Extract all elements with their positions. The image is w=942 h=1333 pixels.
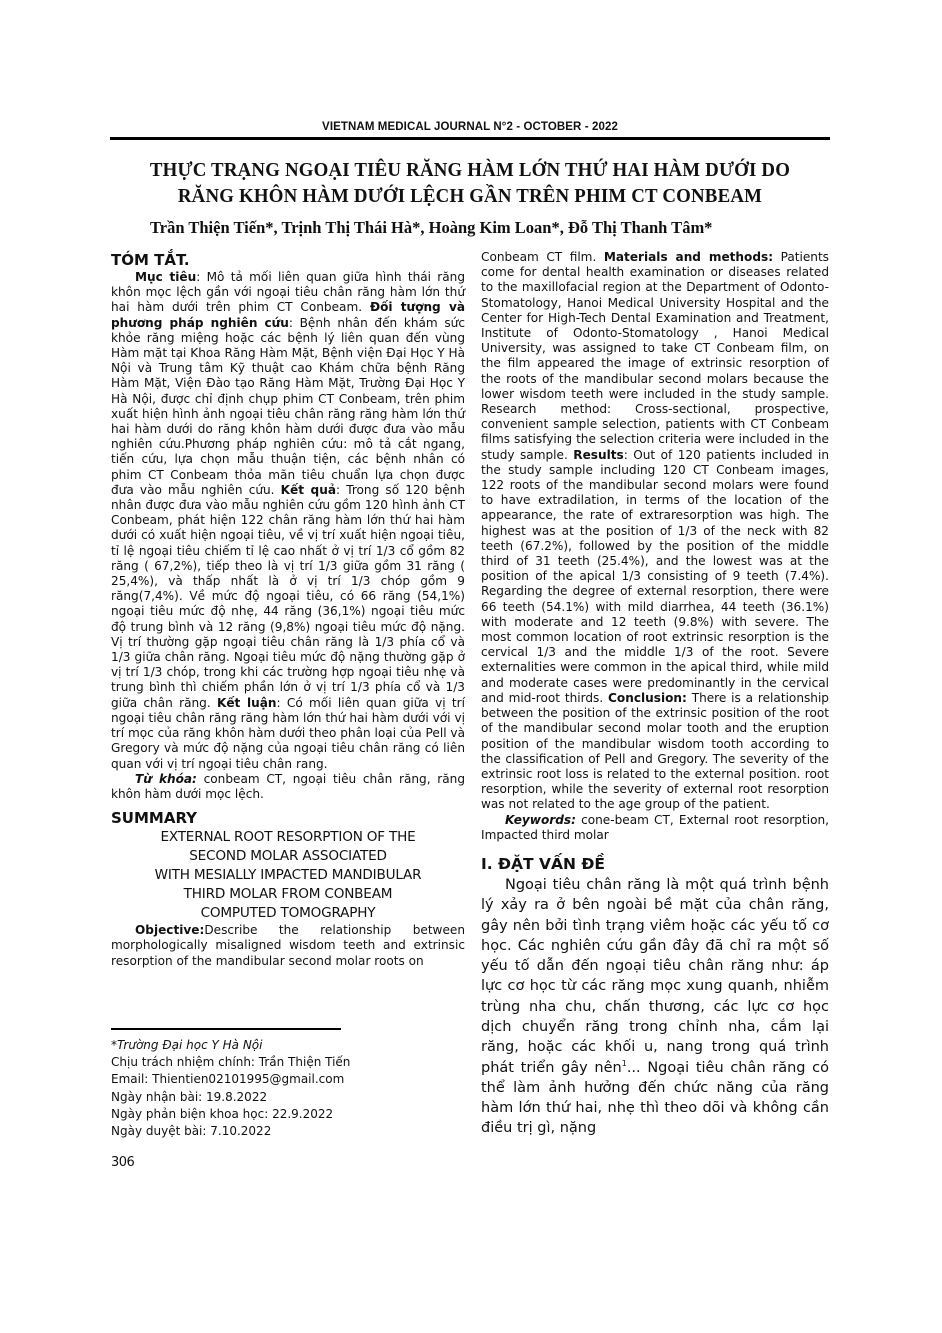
page-number: 306 (111, 1155, 134, 1170)
author-list: Trần Thiện Tiến*, Trịnh Thị Thái Hà*, Ho… (150, 218, 840, 238)
running-header: VIETNAM MEDICAL JOURNAL N°2 - OCTOBER - … (110, 121, 830, 133)
methods-en-label: Materials and methods: (604, 250, 773, 264)
keywords-en-label: Keywords: (505, 813, 576, 827)
left-column: TÓM TẮT. Mục tiêu: Mô tả mối liên quan g… (111, 250, 465, 969)
date-accepted: Ngày duyệt bài: 7.10.2022 (111, 1123, 471, 1140)
introduction-heading: I. ĐẶT VẤN ĐỀ (481, 853, 829, 875)
conclusion-en-text: There is a relationship between the posi… (481, 691, 829, 811)
abstract-vi-body: Mục tiêu: Mô tả mối liên quan giữa hình … (111, 270, 465, 772)
journal-page: VIETNAM MEDICAL JOURNAL N°2 - OCTOBER - … (0, 0, 942, 1333)
conclusion-en-label: Conclusion: (608, 691, 687, 705)
methods-en-text: Patients come for dental health examinat… (481, 250, 829, 462)
title-line-2: RĂNG KHÔN HÀM DƯỚI LỆCH GẦN TRÊN PHIM CT… (139, 183, 801, 209)
introduction-body: Ngoại tiêu chân răng là một quá trình bệ… (481, 875, 829, 1139)
objective-label: Mục tiêu (135, 270, 196, 284)
objective-en-label: Objective: (135, 923, 204, 937)
date-received: Ngày nhận bài: 19.8.2022 (111, 1089, 471, 1106)
footnotes: *Trường Đại học Y Hà Nội Chịu trách nhiệ… (111, 1037, 471, 1140)
summary-title-line: COMPUTED TOMOGRAPHY (111, 904, 465, 923)
summary-title-line: SECOND MOLAR ASSOCIATED (111, 847, 465, 866)
results-text: : Trong số 120 bệnh nhân được đưa vào mẫ… (111, 483, 465, 710)
keywords-vi-label: Từ khóa: (135, 772, 197, 786)
results-en-label: Results (573, 448, 623, 462)
date-reviewed: Ngày phản biện khoa học: 22.9.2022 (111, 1106, 471, 1123)
summary-body-part1: Objective:Describe the relationship betw… (111, 923, 465, 969)
keywords-vi: Từ khóa: conbeam CT, ngoại tiêu chân răn… (111, 772, 465, 802)
right-column: Conbeam CT film. Materials and methods: … (481, 250, 829, 1139)
results-en-text: : Out of 120 patients included in the st… (481, 448, 829, 705)
objective-en-text-part2: Conbeam CT film. (481, 250, 604, 264)
keywords-en: Keywords: cone-beam CT, External root re… (481, 813, 829, 843)
summary-title-line: EXTERNAL ROOT RESORPTION OF THE (111, 828, 465, 847)
abstract-vi-heading: TÓM TẮT. (111, 250, 465, 270)
article-title: THỰC TRẠNG NGOẠI TIÊU RĂNG HÀM LỚN THỨ H… (139, 157, 801, 209)
title-line-1: THỰC TRẠNG NGOẠI TIÊU RĂNG HÀM LỚN THỨ H… (139, 157, 801, 183)
corresponding-author: Chịu trách nhiệm chính: Trần Thiện Tiến (111, 1054, 471, 1071)
methods-text: : Bệnh nhân đến khám sức khỏe răng miệng… (111, 316, 465, 497)
results-label: Kết quả (281, 483, 336, 497)
summary-body-part2: Conbeam CT film. Materials and methods: … (481, 250, 829, 813)
header-rule (110, 137, 830, 140)
email: Email: Thientien02101995@gmail.com (111, 1071, 471, 1088)
summary-title: EXTERNAL ROOT RESORPTION OF THE SECOND M… (111, 828, 465, 923)
summary-title-line: WITH MESIALLY IMPACTED MANDIBULAR (111, 866, 465, 885)
summary-title-line: THIRD MOLAR FROM CONBEAM (111, 885, 465, 904)
footnote-rule (111, 1028, 341, 1030)
affiliation: *Trường Đại học Y Hà Nội (111, 1037, 471, 1054)
conclusion-label: Kết luận (217, 696, 277, 710)
summary-heading: SUMMARY (111, 808, 465, 828)
intro-text-before-ref: Ngoại tiêu chân răng là một quá trình bệ… (481, 877, 829, 1076)
